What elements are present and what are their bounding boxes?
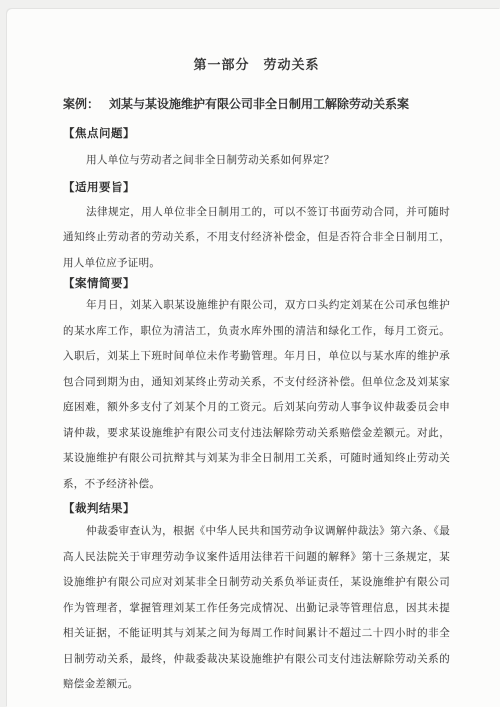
- paragraph-case-summary: 年月日，刘某入职某设施维护有限公司，双方口头约定刘某在公司承包维护的某水库工作，…: [63, 293, 450, 497]
- paragraph-focus-issue: 用人单位与劳动者之间非全日制劳动关系如何界定？: [63, 148, 450, 174]
- part-title: 第一部分 劳动关系: [63, 56, 450, 74]
- section-heading-applicable-gist: 【适用要旨】: [63, 180, 450, 196]
- section-heading-focus-issue: 【焦点问题】: [63, 126, 450, 142]
- section-heading-case-summary: 【案情简要】: [63, 276, 450, 292]
- case-heading: 案例：刘某与某设施维护有限公司非全日制用工解除劳动关系案: [63, 96, 450, 113]
- case-label: 案例：: [63, 97, 99, 111]
- document-content: 第一部分 劳动关系 案例：刘某与某设施维护有限公司非全日制用工解除劳动关系案 【…: [7, 56, 500, 698]
- screenshot-root: 第一部分 劳动关系 案例：刘某与某设施维护有限公司非全日制用工解除劳动关系案 【…: [0, 0, 500, 707]
- section-heading-ruling-result: 【裁判结果】: [63, 501, 450, 517]
- document-page: 第一部分 劳动关系 案例：刘某与某设施维护有限公司非全日制用工解除劳动关系案 【…: [7, 9, 500, 707]
- paragraph-ruling-result: 仲裁委审查认为，根据《中华人民共和国劳动争议调解仲裁法》第六条、《最高人民法院关…: [63, 519, 450, 698]
- paragraph-applicable-gist: 法律规定，用人单位非全日制用工的，可以不签订书面劳动合同，并可随时通知终止劳动者…: [63, 200, 450, 277]
- case-title: 刘某与某设施维护有限公司非全日制用工解除劳动关系案: [109, 97, 409, 111]
